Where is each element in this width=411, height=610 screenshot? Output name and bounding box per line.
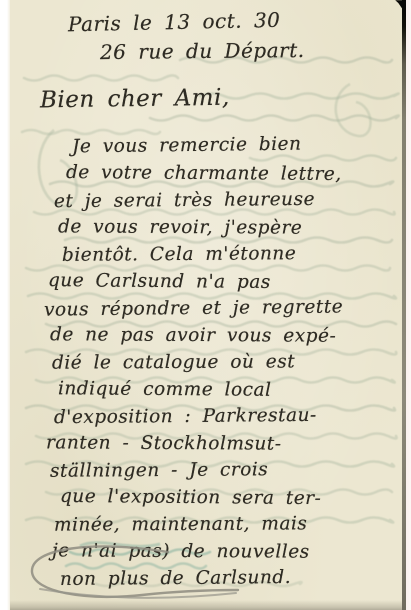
paper-right-edge bbox=[402, 0, 406, 610]
salutation-line: Bien cher Ami, bbox=[40, 85, 230, 114]
body-line: d'exposition : Parkrestau- bbox=[54, 405, 317, 428]
body-line: indiqué comme local bbox=[58, 378, 272, 400]
address-line: 26 rue du Départ. bbox=[100, 38, 305, 64]
body-line: de ne pas avoir vous expé- bbox=[50, 324, 336, 346]
body-line: vous répondre et je regrette bbox=[44, 296, 343, 320]
body-line: bientôt. Cela m'étonne bbox=[62, 243, 296, 266]
body-line: que l'exposition sera ter- bbox=[60, 486, 322, 509]
scan-margin-left bbox=[0, 0, 10, 610]
body-line: Je vous remercie bien bbox=[72, 134, 302, 158]
date-line: Paris le 13 oct. 30 bbox=[68, 8, 281, 36]
body-line: de votre charmante lettre, bbox=[66, 162, 342, 185]
letter-scan: Paris le 13 oct. 30 26 rue du Départ. Bi… bbox=[0, 0, 411, 610]
body-line: minée, maintenant, mais bbox=[54, 513, 307, 535]
paper-bottom-edge-shade bbox=[10, 600, 405, 610]
body-line: ställningen - Je crois bbox=[50, 459, 268, 482]
body-line: dié le catalogue où est bbox=[52, 351, 295, 373]
letter-paper: Paris le 13 oct. 30 26 rue du Départ. Bi… bbox=[10, 0, 405, 610]
body-line: de vous revoir, j'espère bbox=[58, 216, 302, 238]
body-line: non plus de Carlsund. bbox=[60, 567, 291, 590]
body-line: je n'ai pas) de nouvelles bbox=[52, 540, 310, 562]
body-line: et je serai très heureuse bbox=[54, 189, 315, 212]
body-line: ranten - Stockholmsut- bbox=[46, 432, 282, 454]
body-line: que Carlsund n'a pas bbox=[48, 270, 271, 293]
